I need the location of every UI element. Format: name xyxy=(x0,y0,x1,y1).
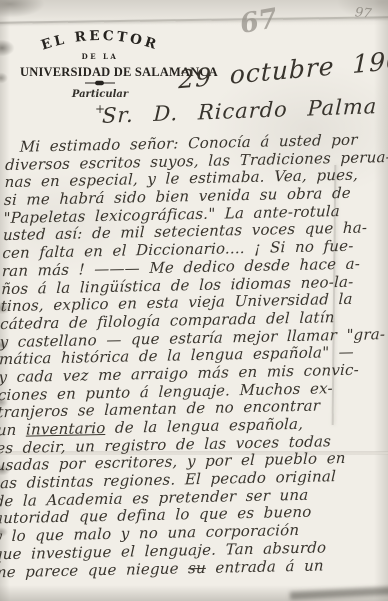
rector-arc-title: EL RECTOR xyxy=(25,26,175,54)
privacy-label: Particular xyxy=(20,89,180,100)
inventario-underlined: inventario xyxy=(26,419,106,439)
letterhead-ornament xyxy=(85,80,115,86)
page-number: 97 xyxy=(355,5,373,22)
line-pre: me parece que niegue xyxy=(0,559,188,581)
bottom-edge-smudge xyxy=(290,586,388,600)
line-pre: un xyxy=(0,421,26,440)
rector-arc-text: EL RECTOR xyxy=(39,28,161,54)
svg-text:EL RECTOR: EL RECTOR xyxy=(39,28,161,54)
letter-date: 29 octubre 1903 xyxy=(178,47,388,94)
scanned-letter-page: EL RECTOR DE LA UNIVERSIDAD DE SALAMANCA… xyxy=(0,0,388,601)
line-post: entrada á un xyxy=(206,556,324,576)
struck-word: su xyxy=(188,558,206,576)
letterhead-institution: UNIVERSIDAD DE SALAMANCA xyxy=(20,65,180,80)
top-fold-crease xyxy=(0,16,388,24)
pencil-annotation: 67 xyxy=(238,3,280,40)
letter-body: Mi estimado señor: Conocía á usted por d… xyxy=(0,131,388,582)
